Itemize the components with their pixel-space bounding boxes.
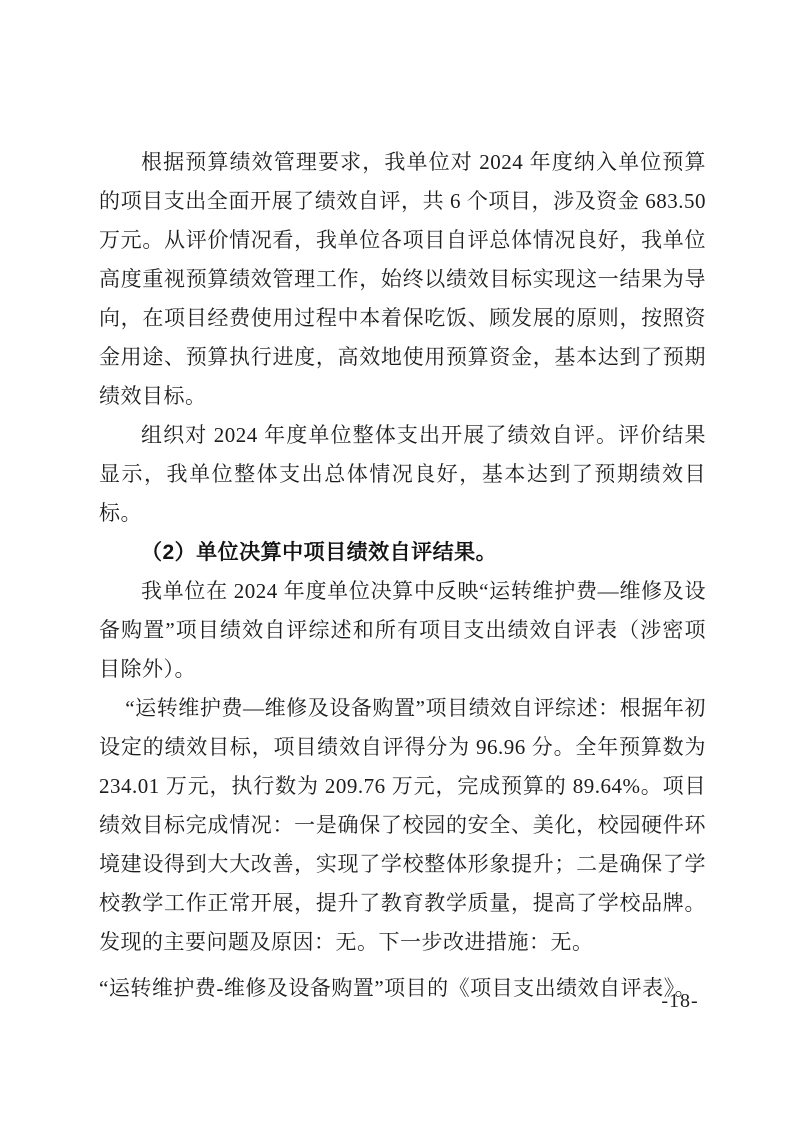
paragraph-budget-performance-overview: 根据预算绩效管理要求，我单位对 2024 年度纳入单位预算的项目支出全面开展了绩… <box>99 143 706 416</box>
paragraph-self-evaluation-table-reference: “运转维护费-维修及设备购置”项目的《项目支出绩效自评表》。 <box>99 969 706 1008</box>
paragraph-maintenance-fee-project-summary: “运转维护费—维修及设备购置”项目绩效自评综述：根据年初设定的绩效目标，项目绩效… <box>99 689 706 962</box>
document-page: 根据预算绩效管理要求，我单位对 2024 年度纳入单位预算的项目支出全面开展了绩… <box>0 0 793 1122</box>
document-body: 根据预算绩效管理要求，我单位对 2024 年度纳入单位预算的项目支出全面开展了绩… <box>99 143 706 1008</box>
page-number: -18- <box>640 990 720 1013</box>
paragraph-final-accounts-reflection: 我单位在 2024 年度单位决算中反映“运转维护费—维修及设备购置”项目绩效自评… <box>99 572 706 689</box>
section-heading-project-performance-results: （2）单位决算中项目绩效自评结果。 <box>99 533 706 572</box>
paragraph-overall-expenditure-self-evaluation: 组织对 2024 年度单位整体支出开展了绩效自评。评价结果显示，我单位整体支出总… <box>99 416 706 533</box>
